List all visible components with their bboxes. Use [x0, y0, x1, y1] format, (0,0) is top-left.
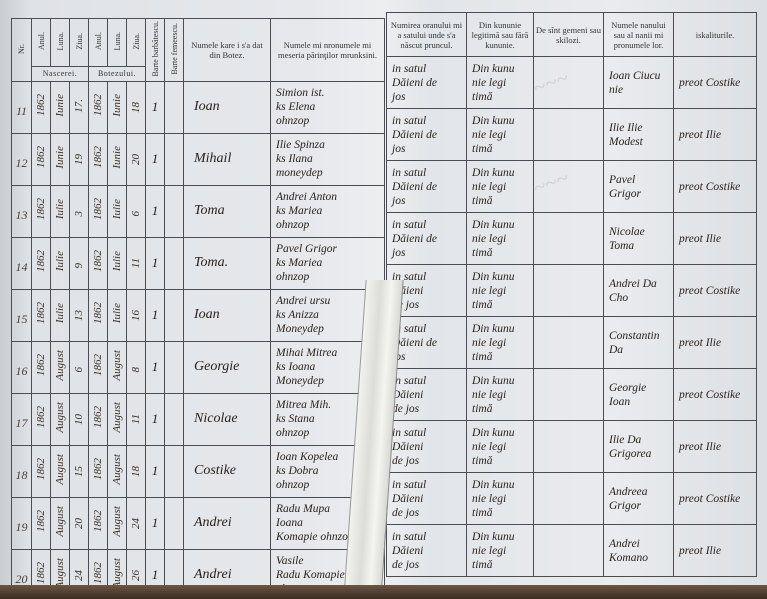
entry-number: 13: [12, 185, 32, 237]
legitimacy-text: Din kununie legitimă: [472, 427, 514, 467]
bapt-month-text: Iulie: [111, 199, 123, 219]
header-parents: Numele mi nronumele mi meseria părinţilo…: [271, 19, 385, 82]
godparents-text: Ilie DaGrigorea: [609, 434, 651, 460]
birthplace: in satulDăienide jos: [387, 473, 467, 525]
nr-text: 13: [16, 208, 28, 222]
birth-day-text: 17.: [73, 99, 85, 113]
male-text: 1: [152, 359, 159, 374]
officiant-text: preot Ilie: [679, 545, 721, 557]
legitimacy-text: Din kununie legitimă: [472, 375, 514, 415]
baptism-year: 1862: [89, 393, 108, 445]
officiant-signature: preot Costike: [674, 265, 757, 317]
bapt-month-text: August: [111, 454, 123, 485]
godparents-text: Ioan Ciucunie: [609, 70, 660, 96]
baptism-year: 1862: [89, 289, 108, 341]
birth-year-text: 1862: [35, 198, 47, 220]
male-text: 1: [152, 99, 159, 114]
birth-year: 1862: [32, 237, 51, 289]
baptism-year: 1862: [89, 133, 108, 185]
child-name-text: Toma: [194, 203, 225, 218]
godparents-text: NicolaeToma: [609, 226, 645, 252]
officiant-text: preot Ilie: [679, 441, 721, 453]
legitimacy-text: Din kununie legitimă: [472, 531, 514, 571]
male-mark: 1: [146, 237, 165, 289]
bapt-year-text: 1862: [92, 94, 104, 116]
place-text: in satulDăieni dejos: [392, 115, 437, 155]
birth-day-text: 20: [73, 518, 85, 529]
bapt-month-text: Iunie: [111, 146, 123, 169]
officiant-signature: preot Costike: [674, 369, 757, 421]
baptism-year: 1862: [89, 237, 108, 289]
bapt-month-text: Iunie: [111, 94, 123, 117]
birth-month: August: [51, 393, 70, 445]
parents-text: Mihai Mitreaks IoanaMoneydep: [276, 347, 337, 387]
baptism-day: 18: [127, 445, 146, 497]
nr-text: 17: [16, 416, 28, 430]
birth-month: Iunie: [51, 133, 70, 185]
female-mark: [165, 237, 184, 289]
register-row: 12 1862 Iunie 19 1862 Iunie 20 1 Mihail …: [12, 133, 385, 185]
officiant-signature: preot Costike: [674, 473, 757, 525]
register-row: in satulDăienide jos Din kununie legitim…: [387, 369, 757, 421]
birth-month: August: [51, 497, 70, 549]
twins: [534, 265, 604, 317]
male-mark: 1: [146, 185, 165, 237]
godparents-text: ConstantinDa: [609, 330, 659, 356]
register-row: in satulDăieni dejos Din kununie legitim…: [387, 317, 757, 369]
birth-month-text: August: [54, 402, 66, 433]
bapt-year-text: 1862: [92, 562, 104, 584]
left-page: Nr. Anul. Luna. Ziua. Anul. Luna. Ziua. …: [0, 0, 385, 585]
baptism-year: 1862: [89, 81, 108, 133]
twins: [534, 369, 604, 421]
child-name-text: Georgie: [194, 359, 239, 374]
header-female: Barte femeescu.: [165, 19, 184, 82]
male-text: 1: [152, 515, 159, 530]
officiant-text: preot Ilie: [679, 233, 721, 245]
register-row: 11 1862 Iunie 17. 1862 Iunie 18 1 Ioan S…: [12, 81, 385, 133]
register-row: 15 1862 Iulie 13 1862 Iulie 16 1 Ioan An…: [12, 289, 385, 341]
bapt-year-text: 1862: [92, 510, 104, 532]
header-legitimacy: Din kununie legitimă sau fără kununie.: [467, 13, 534, 57]
birth-year-text: 1862: [35, 146, 47, 168]
nr-text: 14: [16, 260, 28, 274]
entry-number: 16: [12, 341, 32, 393]
entry-number: 18: [12, 445, 32, 497]
bapt-month-text: August: [111, 350, 123, 381]
parents-names: Ilie Spinzaks Ilanamoneydep: [271, 133, 385, 185]
child-name: Andrei: [184, 497, 271, 549]
twins: [534, 421, 604, 473]
birth-month-text: August: [54, 350, 66, 381]
godparents-text: GeorgieIoan: [609, 382, 646, 408]
book-binding-edge: [0, 585, 767, 599]
baptism-month: Iulie: [108, 289, 127, 341]
birth-day-text: 10: [73, 414, 85, 425]
header-place: Numirea oranului mi a satului unde s'a n…: [387, 13, 467, 57]
register-row: 14 1862 Iulie 9 1862 Iulie 11 1 Toma. Pa…: [12, 237, 385, 289]
birth-year-text: 1862: [35, 406, 47, 428]
birth-year: 1862: [32, 393, 51, 445]
twins: [534, 213, 604, 265]
officiant-text: preot Costike: [679, 493, 740, 505]
nr-text: 20: [16, 572, 28, 586]
male-mark: 1: [146, 133, 165, 185]
birth-day: 9: [70, 237, 89, 289]
birth-month-text: August: [54, 558, 66, 589]
legitimacy: Din kununie legitimă: [467, 369, 534, 421]
child-name: Mihail: [184, 133, 271, 185]
birth-day: 20: [70, 497, 89, 549]
parents-names: Simion ist.ks Elenaohnzop: [271, 81, 385, 133]
baptism-month: August: [108, 497, 127, 549]
register-row: 18 1862 August 15 1862 August 18 1 Costi…: [12, 445, 385, 497]
parents-text: Andrei ursuks AnizzaMoneydep: [276, 295, 330, 335]
birth-day-text: 13: [73, 310, 85, 321]
birth-month: Iulie: [51, 289, 70, 341]
legitimacy-text: Din kununie legitimă: [472, 167, 514, 207]
female-mark: [165, 341, 184, 393]
birth-year: 1862: [32, 341, 51, 393]
birth-day-text: 24: [73, 570, 85, 581]
baptism-year: 1862: [89, 445, 108, 497]
nr-text: 15: [16, 312, 28, 326]
parents-text: Simion ist.ks Elenaohnzop: [276, 87, 325, 127]
baptism-month: Iulie: [108, 185, 127, 237]
bapt-month-text: Iulie: [111, 303, 123, 323]
birth-year-text: 1862: [35, 302, 47, 324]
bapt-year-text: 1862: [92, 250, 104, 272]
bapt-day-text: 18: [130, 102, 142, 113]
legitimacy-text: Din kununie legitimă: [472, 219, 514, 259]
header-bapt-year: Anul.: [89, 19, 108, 67]
officiant-signature: preot Ilie: [674, 525, 757, 577]
birth-month: August: [51, 445, 70, 497]
child-name-text: Costike: [194, 463, 236, 478]
baptism-year: 1862: [89, 497, 108, 549]
male-text: 1: [152, 203, 159, 218]
child-name: Ioan: [184, 289, 271, 341]
header-male: Barte barbătescu.: [146, 19, 165, 82]
officiant-text: preot Ilie: [679, 129, 721, 141]
birth-year: 1862: [32, 185, 51, 237]
bapt-day-text: 11: [130, 414, 142, 424]
header-child-name: Numele kare i s'a dat din Botez.: [184, 19, 271, 82]
parents-names: Andrei Antonks Marieaohnzop: [271, 185, 385, 237]
child-name-text: Ioan: [194, 307, 220, 322]
child-name-text: Nicolae: [194, 411, 238, 426]
birth-month-text: Iulie: [54, 199, 66, 219]
officiant-signature: preot Costike: [674, 57, 757, 109]
officiant-signature: preot Ilie: [674, 317, 757, 369]
bapt-month-text: August: [111, 506, 123, 537]
child-name-text: Ioan: [194, 99, 220, 114]
male-mark: 1: [146, 393, 165, 445]
baptism-month: August: [108, 341, 127, 393]
register-row: in satulDăieni dejos Din kununie legitim…: [387, 213, 757, 265]
birth-month-text: Iunie: [54, 146, 66, 169]
birthplace: in satulDăieni dejos: [387, 57, 467, 109]
nr-text: 18: [16, 468, 28, 482]
birth-year-text: 1862: [35, 354, 47, 376]
birth-month: Iunie: [51, 81, 70, 133]
child-name: Ioan: [184, 81, 271, 133]
entry-number: 17: [12, 393, 32, 445]
legitimacy-text: Din kununie legitimă: [472, 115, 514, 155]
legitimacy-text: Din kununie legitimă: [472, 479, 514, 519]
baptism-day: 6: [127, 185, 146, 237]
officiant-text: preot Costike: [679, 181, 740, 193]
godparents-text: Pavel Grigor: [609, 174, 641, 200]
entry-number: 14: [12, 237, 32, 289]
register-row: in satulDăienide jos Din kununie legitim…: [387, 525, 757, 577]
child-name: Toma.: [184, 237, 271, 289]
baptism-day: 18: [127, 81, 146, 133]
female-mark: [165, 185, 184, 237]
child-name-text: Andrei: [194, 567, 232, 582]
legitimacy: Din kununie legitimă: [467, 421, 534, 473]
legitimacy: Din kununie legitimă: [467, 525, 534, 577]
godparents: Andrei DaCho: [604, 265, 674, 317]
twins: [534, 525, 604, 577]
bapt-day-text: 6: [130, 211, 142, 217]
register-book: Nr. Anul. Luna. Ziua. Anul. Luna. Ziua. …: [0, 0, 767, 585]
male-mark: 1: [146, 289, 165, 341]
godparents-text: Andrei DaCho: [609, 278, 657, 304]
parents-text: Pavel Grigorks Marieaohnzop: [276, 243, 337, 283]
legitimacy-text: Din kununie legitimă: [472, 271, 514, 311]
officiant-signature: preot Costike: [674, 161, 757, 213]
baptism-year: 1862: [89, 341, 108, 393]
male-mark: 1: [146, 497, 165, 549]
officiant-signature: preot Ilie: [674, 109, 757, 161]
baptism-day: 16: [127, 289, 146, 341]
header-birth-year: Anul.: [32, 19, 51, 67]
godparents: NicolaeToma: [604, 213, 674, 265]
birth-year-text: 1862: [35, 562, 47, 584]
child-name-text: Toma.: [194, 255, 228, 270]
godparents: GeorgieIoan: [604, 369, 674, 421]
bapt-day-text: 20: [130, 154, 142, 165]
register-row: in satulDăienide jos Din kununie legitim…: [387, 265, 757, 317]
birth-day-text: 19: [73, 154, 85, 165]
bapt-year-text: 1862: [92, 354, 104, 376]
entry-number: 12: [12, 133, 32, 185]
bapt-day-text: 16: [130, 310, 142, 321]
bapt-year-text: 1862: [92, 302, 104, 324]
register-row: 19 1862 August 20 1862 August 24 1 Andre…: [12, 497, 385, 549]
birth-year-text: 1862: [35, 250, 47, 272]
officiant-signature: preot Ilie: [674, 421, 757, 473]
birth-month-text: Iulie: [54, 303, 66, 323]
birth-day-text: 15: [73, 466, 85, 477]
birth-day: 19: [70, 133, 89, 185]
legitimacy: Din kununie legitimă: [467, 317, 534, 369]
bapt-day-text: 8: [130, 367, 142, 373]
parents-text: Radu MupaIoanaKomapie ohnzop: [276, 503, 354, 543]
register-row: in satulDăienide jos Din kununie legitim…: [387, 421, 757, 473]
child-name-text: Andrei: [194, 515, 232, 530]
legitimacy-text: Din kununie legitimă: [472, 63, 514, 103]
godparents-text: AndreiKomano: [609, 538, 648, 564]
male-mark: 1: [146, 81, 165, 133]
birthplace: in satulDăieni dejos: [387, 109, 467, 161]
godparents: Ioan Ciucunie: [604, 57, 674, 109]
bapt-month-text: Iulie: [111, 251, 123, 271]
godparents: ConstantinDa: [604, 317, 674, 369]
child-name-text: Mihail: [194, 151, 231, 166]
header-birth-group: Nascerei.: [32, 66, 89, 81]
birth-year: 1862: [32, 445, 51, 497]
baptism-day: 20: [127, 133, 146, 185]
place-text: in satulDăienide jos: [392, 375, 426, 415]
godparents-text: Ilie IlieModest: [609, 122, 643, 148]
bapt-day-text: 11: [130, 258, 142, 268]
officiant-text: preot Costike: [679, 285, 740, 297]
godparents: AndreeaGrigor: [604, 473, 674, 525]
birth-year: 1862: [32, 133, 51, 185]
legitimacy: Din kununie legitimă: [467, 213, 534, 265]
female-mark: [165, 497, 184, 549]
godparents: Ilie IlieModest: [604, 109, 674, 161]
birth-day: 15: [70, 445, 89, 497]
birth-day: 3: [70, 185, 89, 237]
birth-year: 1862: [32, 497, 51, 549]
parents-text: Andrei Antonks Marieaohnzop: [276, 191, 337, 231]
birthplace: in satulDăienide jos: [387, 421, 467, 473]
birth-month: Iulie: [51, 237, 70, 289]
nr-text: 12: [16, 156, 28, 170]
male-mark: 1: [146, 341, 165, 393]
place-text: in satulDăienide jos: [392, 427, 426, 467]
header-officiant: iskaliturile.: [674, 13, 757, 57]
child-name: Costike: [184, 445, 271, 497]
birthplace: in satulDăieni dejos: [387, 161, 467, 213]
male-text: 1: [152, 255, 159, 270]
header-bapt-day: Ziua.: [127, 19, 146, 67]
register-row: in satulDăieni dejos Din kununie legitim…: [387, 109, 757, 161]
legitimacy: Din kununie legitimă: [467, 473, 534, 525]
baptism-month: August: [108, 445, 127, 497]
header-birth-month: Luna.: [51, 19, 70, 67]
birth-year: 1862: [32, 81, 51, 133]
male-text: 1: [152, 307, 159, 322]
female-mark: [165, 393, 184, 445]
register-row: in satulDăienide jos Din kununie legitim…: [387, 473, 757, 525]
bapt-year-text: 1862: [92, 458, 104, 480]
register-row: 17 1862 August 10 1862 August 11 1 Nicol…: [12, 393, 385, 445]
birth-day: 6: [70, 341, 89, 393]
godparents-text: AndreeaGrigor: [609, 486, 648, 512]
birth-month-text: August: [54, 454, 66, 485]
baptism-day: 11: [127, 393, 146, 445]
place-text: in satulDăienide jos: [392, 531, 426, 571]
right-page: Numirea oranului mi a satului unde s'a n…: [383, 0, 767, 585]
birth-month-text: Iulie: [54, 251, 66, 271]
male-mark: 1: [146, 445, 165, 497]
female-mark: [165, 81, 184, 133]
birth-month-text: Iunie: [54, 94, 66, 117]
officiant-text: preot Ilie: [679, 337, 721, 349]
register-row: 16 1862 August 6 1862 August 8 1 Georgie…: [12, 341, 385, 393]
baptism-month: August: [108, 393, 127, 445]
bapt-month-text: August: [111, 558, 123, 589]
entry-number: 11: [12, 81, 32, 133]
parents-text: Ilie Spinzaks Ilanamoneydep: [276, 139, 325, 179]
child-name: Georgie: [184, 341, 271, 393]
baptism-month: Iunie: [108, 133, 127, 185]
baptism-year: 1862: [89, 185, 108, 237]
header-nr: Nr.: [12, 19, 32, 82]
child-name: Nicolae: [184, 393, 271, 445]
female-mark: [165, 133, 184, 185]
birthplace: in satulDăienide jos: [387, 369, 467, 421]
twins: [534, 317, 604, 369]
header-bapt-month: Luna.: [108, 19, 127, 67]
officiant-signature: preot Ilie: [674, 213, 757, 265]
godparents: AndreiKomano: [604, 525, 674, 577]
birthplace: in satulDăieni dejos: [387, 213, 467, 265]
entry-number: 15: [12, 289, 32, 341]
bapt-day-text: 24: [130, 518, 142, 529]
female-mark: [165, 445, 184, 497]
legitimacy: Din kununie legitimă: [467, 265, 534, 317]
register-row: in satulDăieni dejos Din kununie legitim…: [387, 57, 757, 109]
legitimacy: Din kununie legitimă: [467, 161, 534, 213]
header-birth-day: Ziua.: [70, 19, 89, 67]
place-text: in satulDăienide jos: [392, 479, 426, 519]
baptism-day: 8: [127, 341, 146, 393]
birth-day: 17.: [70, 81, 89, 133]
bapt-year-text: 1862: [92, 406, 104, 428]
birth-year-text: 1862: [35, 94, 47, 116]
birth-day-text: 9: [73, 263, 85, 269]
bapt-day-text: 18: [130, 466, 142, 477]
birth-day-text: 3: [73, 211, 85, 217]
male-text: 1: [152, 411, 159, 426]
right-register-table: Numirea oranului mi a satului unde s'a n…: [386, 12, 757, 577]
officiant-text: preot Costike: [679, 77, 740, 89]
birth-year-text: 1862: [35, 458, 47, 480]
bapt-year-text: 1862: [92, 198, 104, 220]
header-twins: De sînt gemeni sau skilozi.: [534, 13, 604, 57]
register-row: 13 1862 Iulie 3 1862 Iulie 6 1 Toma Andr…: [12, 185, 385, 237]
birth-day: 13: [70, 289, 89, 341]
twins: [534, 473, 604, 525]
birth-day: 10: [70, 393, 89, 445]
birthplace: in satulDăienide jos: [387, 525, 467, 577]
birth-year: 1862: [32, 289, 51, 341]
godparents: Pavel Grigor: [604, 161, 674, 213]
legitimacy: Din kununie legitimă: [467, 109, 534, 161]
parents-text: Ioan Kopeleaks Dobraohnzop: [276, 451, 338, 491]
legitimacy-text: Din kununie legitimă: [472, 323, 514, 363]
birth-month: August: [51, 341, 70, 393]
entry-number: 19: [12, 497, 32, 549]
left-register-table: Nr. Anul. Luna. Ziua. Anul. Luna. Ziua. …: [11, 18, 385, 599]
parents-text: Mitrea Mih.ks Stanaohnzop: [276, 399, 331, 439]
bapt-day-text: 26: [130, 570, 142, 581]
male-text: 1: [152, 151, 159, 166]
baptism-month: Iulie: [108, 237, 127, 289]
header-godparents: Numele nanului sau al nanii mi pronumele…: [604, 13, 674, 57]
godparents: Ilie DaGrigorea: [604, 421, 674, 473]
birth-month-text: August: [54, 506, 66, 537]
nr-text: 19: [16, 520, 28, 534]
header-baptism-group: Botezului.: [89, 66, 146, 81]
male-text: 1: [152, 463, 159, 478]
legitimacy: Din kununie legitimă: [467, 57, 534, 109]
